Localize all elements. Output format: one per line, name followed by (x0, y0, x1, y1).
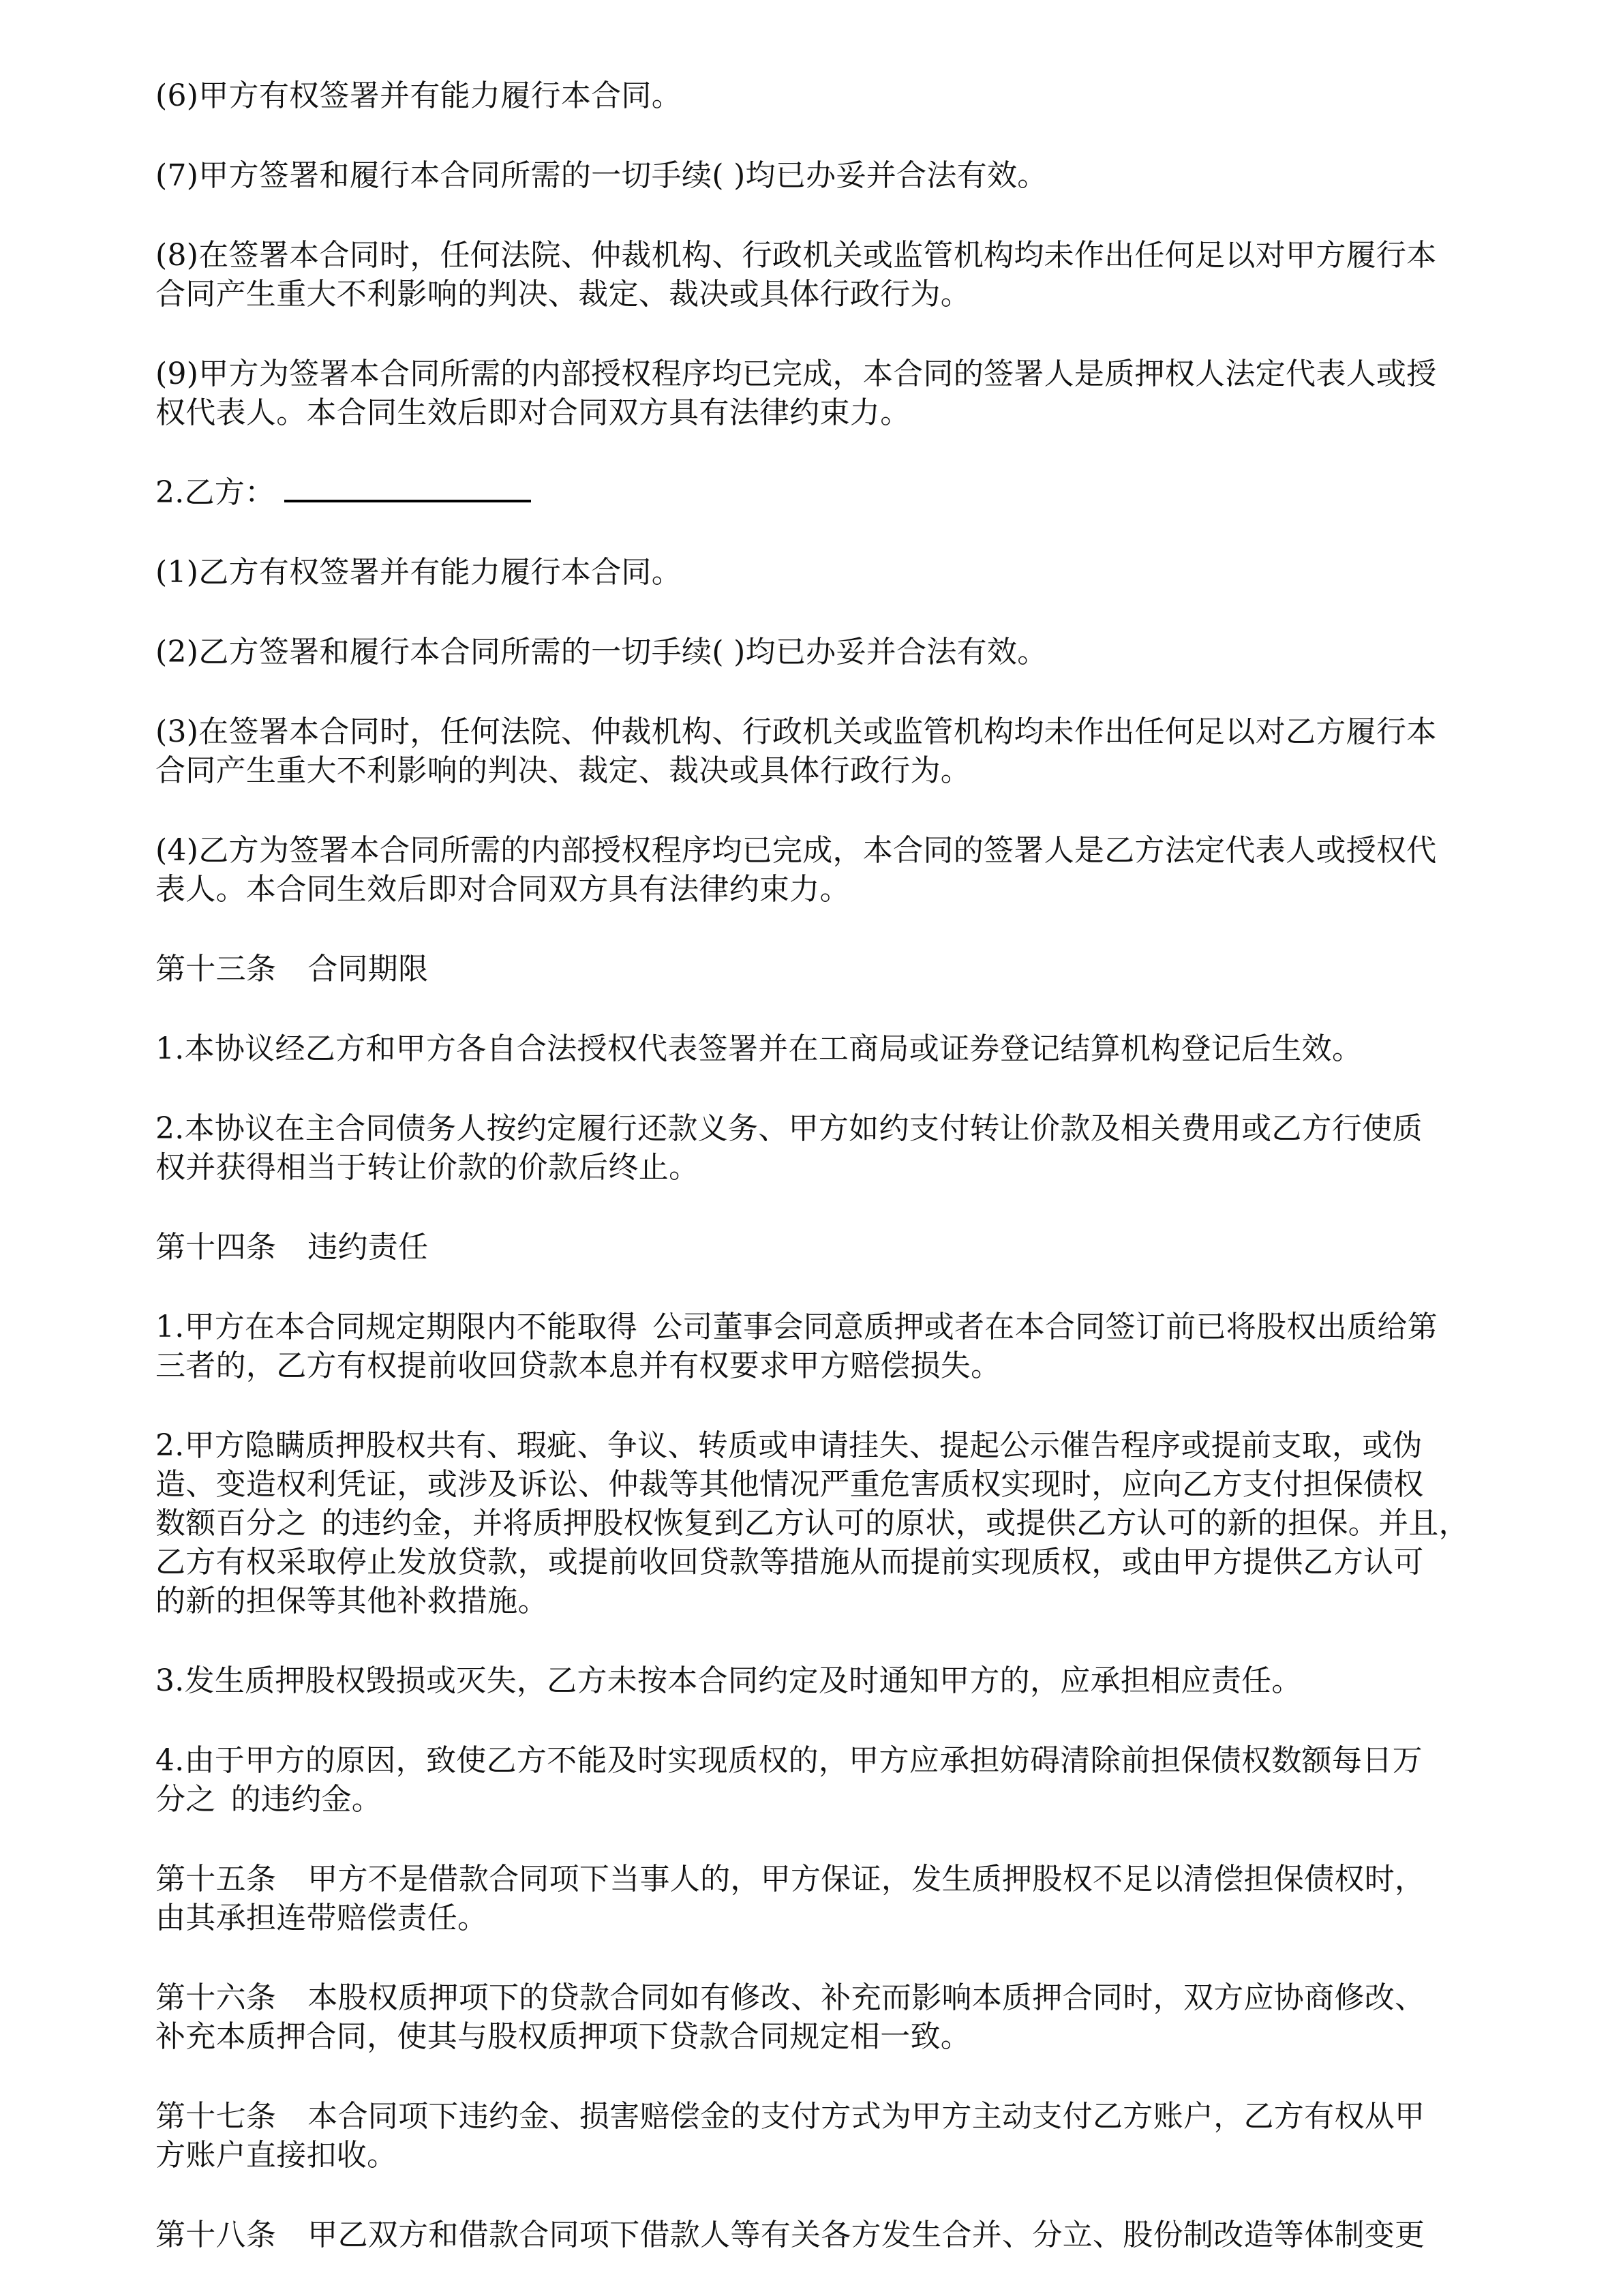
article-number: 第十四条 (155, 1230, 276, 1265)
article-17: 第十七条本合同项下违约金、损害赔偿金的支付方式为甲方主动支付乙方账户，乙方有权从… (155, 2097, 1539, 2175)
article-number: 第十六条 (155, 1980, 276, 2015)
article-number: 第十三条 (155, 952, 276, 986)
party-b-heading: 2.乙方： (155, 473, 1539, 512)
contract-page: (6)甲方有权签署并有能力履行本合同。 (7)甲方签署和履行本合同所需的一切手续… (155, 76, 1539, 2295)
clause-party-a-6: (6)甲方有权签署并有能力履行本合同。 (155, 76, 1539, 115)
article-18: 第十八条甲乙双方和借款合同项下借款人等有关各方发生合并、分立、股份制改造等体制变… (155, 2216, 1539, 2254)
article-14-clause-1: 1.甲方在本合同规定期限内不能取得公司董事会同意质押或者在本合同签订前已将股权出… (155, 1308, 1539, 1385)
article-14-clause-3: 3.发生质押股权毁损或灭失，乙方未按本合同约定及时通知甲方的，应承担相应责任。 (155, 1661, 1539, 1700)
article-14-heading: 第十四条违约责任 (155, 1228, 1539, 1267)
article-14-clause-4: 4.由于甲方的原因，致使乙方不能及时实现质权的，甲方应承担妨碍清除前担保债权数额… (155, 1741, 1539, 1819)
article-13-clause-1: 1.本协议经乙方和甲方各自合法授权代表签署并在工商局或证券登记结算机构登记后生效… (155, 1029, 1539, 1068)
clause-party-a-7: (7)甲方签署和履行本合同所需的一切手续( )均已办妥并合法有效。 (155, 156, 1539, 195)
clause-party-b-4: (4)乙方为签署本合同所需的内部授权程序均已完成，本合同的签署人是乙方法定代表人… (155, 831, 1539, 909)
clause-party-a-9: (9)甲方为签署本合同所需的内部授权程序均已完成，本合同的签署人是质押权人法定代… (155, 354, 1539, 432)
clause-party-b-2: (2)乙方签署和履行本合同所需的一切手续( )均已办妥并合法有效。 (155, 633, 1539, 671)
party-b-label: 2.乙方： (155, 475, 275, 510)
article-number: 第十五条 (155, 1862, 276, 1897)
article-title: 合同期限 (307, 952, 428, 986)
clause-party-b-1: (1)乙方有权签署并有能力履行本合同。 (155, 553, 1539, 592)
article-16: 第十六条本股权质押项下的贷款合同如有修改、补充而影响本质押合同时，双方应协商修改… (155, 1978, 1539, 2056)
clause-party-b-3: (3)在签署本合同时，任何法院、仲裁机构、行政机关或监管机构均未作出任何足以对乙… (155, 712, 1539, 790)
article-13-heading: 第十三条合同期限 (155, 950, 1539, 988)
article-13-clause-2: 2.本协议在主合同债务人按约定履行还款义务、甲方如约支付转让价款及相关费用或乙方… (155, 1109, 1539, 1187)
clause-party-a-8: (8)在签署本合同时，任何法院、仲裁机构、行政机关或监管机构均未作出任何足以对甲… (155, 236, 1539, 314)
article-title: 违约责任 (307, 1230, 428, 1265)
article-number: 第十七条 (155, 2099, 276, 2134)
article-15: 第十五条甲方不是借款合同项下当事人的，甲方保证，发生质押股权不足以清偿担保债权时… (155, 1860, 1539, 1937)
article-14-clause-2: 2.甲方隐瞒质押股权共有、瑕疵、争议、转质或申请挂失、提起公示催告程序或提前支取… (155, 1426, 1539, 1620)
party-b-name-blank[interactable] (284, 479, 531, 502)
article-number: 第十八条 (155, 2218, 276, 2252)
